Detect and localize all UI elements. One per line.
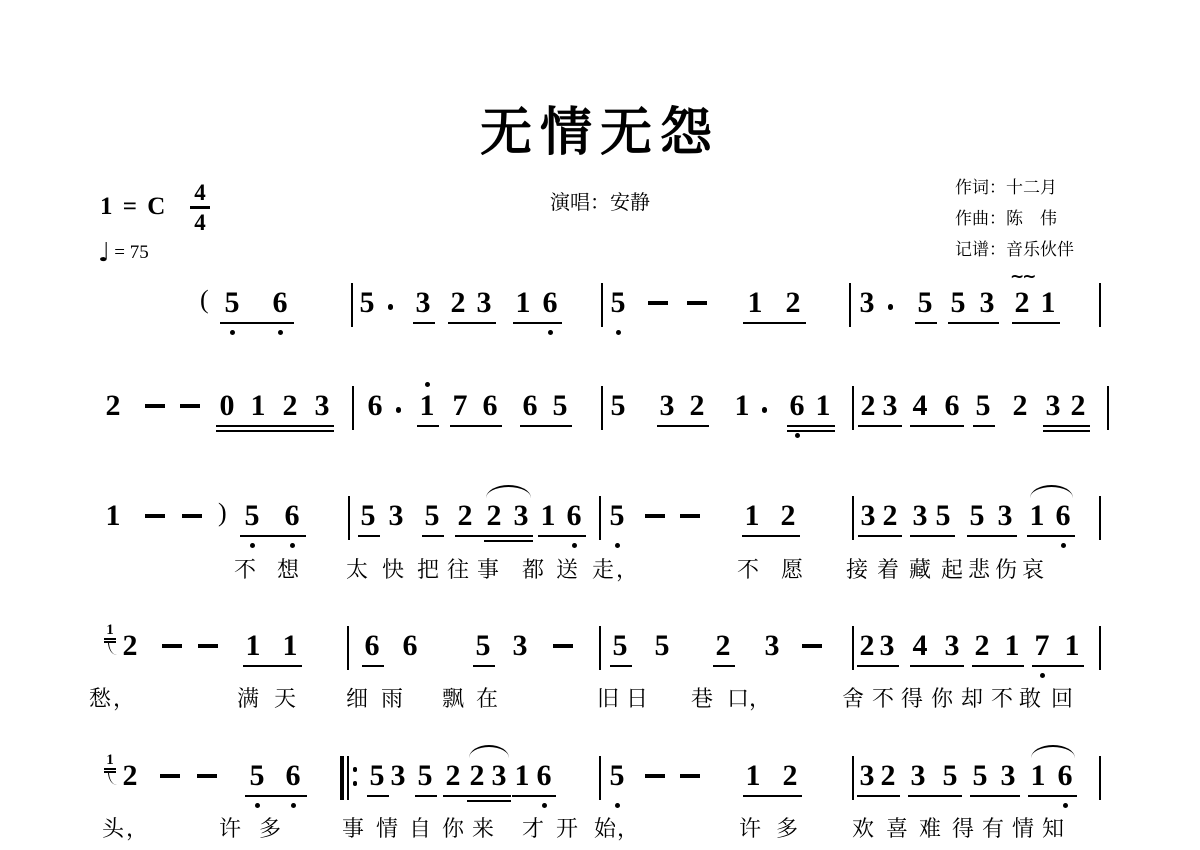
octave-low-dot bbox=[795, 433, 800, 438]
beam-line bbox=[743, 795, 802, 797]
lyric-char: 来 bbox=[466, 812, 500, 843]
note-digit: 5 bbox=[947, 288, 969, 318]
barline bbox=[347, 626, 349, 670]
note-digit: 2 bbox=[483, 501, 505, 531]
held-note-dash bbox=[198, 644, 218, 648]
beam-line bbox=[910, 665, 964, 667]
beam-line bbox=[216, 425, 334, 427]
beam-line bbox=[857, 795, 900, 797]
note-digit: 6 bbox=[563, 501, 585, 531]
augmentation-dot bbox=[388, 304, 394, 310]
note-digit: 6 bbox=[786, 391, 808, 421]
lyric-char: 多 bbox=[253, 812, 287, 843]
lyric-char: 许 bbox=[213, 812, 247, 843]
grace-beam-line bbox=[104, 638, 116, 640]
note-digit: 2 bbox=[454, 501, 476, 531]
note-digit: 2 bbox=[879, 501, 901, 531]
held-note-dash bbox=[162, 644, 182, 648]
beam-line bbox=[743, 322, 806, 324]
octave-low-dot bbox=[572, 543, 577, 548]
lyric-char: 得 bbox=[895, 682, 929, 713]
beam-line bbox=[216, 430, 334, 432]
lyric-char: 你 bbox=[436, 812, 470, 843]
note-digit: 3 bbox=[876, 631, 898, 661]
beam-line bbox=[413, 322, 435, 324]
beam-line bbox=[857, 665, 899, 667]
note-digit: 3 bbox=[510, 501, 532, 531]
note-digit: 2 bbox=[712, 631, 734, 661]
held-note-dash bbox=[145, 404, 165, 408]
beam-line bbox=[948, 322, 999, 324]
note-digit: 3 bbox=[656, 391, 678, 421]
parenthesis: ) bbox=[218, 498, 227, 528]
note-digit: 5 bbox=[969, 761, 991, 791]
barline bbox=[852, 626, 854, 670]
lyric-char: 巷 bbox=[685, 682, 719, 713]
beam-line bbox=[415, 795, 437, 797]
lyric-char: 知 bbox=[1036, 812, 1070, 843]
grace-beam-line bbox=[104, 768, 116, 770]
lyric-char: 不 bbox=[228, 553, 262, 584]
lyric-char: 太 bbox=[340, 553, 374, 584]
held-note-dash bbox=[145, 514, 165, 518]
beam-line bbox=[1043, 425, 1090, 427]
repeat-thin-bar bbox=[347, 756, 349, 800]
note-digit: 3 bbox=[856, 288, 878, 318]
octave-low-dot bbox=[615, 543, 620, 548]
lyric-char: 喜 bbox=[880, 812, 914, 843]
lyric-char: ， bbox=[611, 812, 645, 843]
lyric-char: 情 bbox=[370, 812, 404, 843]
note-digit: 2 bbox=[686, 391, 708, 421]
score: (565323165123553~~2120123617665532161234… bbox=[0, 0, 1200, 850]
barline bbox=[849, 283, 851, 327]
beam-line bbox=[422, 535, 444, 537]
note-digit: 0 bbox=[216, 391, 238, 421]
lyric-char: 愿 bbox=[775, 553, 809, 584]
note-digit: 3 bbox=[857, 501, 879, 531]
octave-low-dot bbox=[230, 330, 235, 335]
beam-line bbox=[473, 665, 495, 667]
note-digit: 5 bbox=[414, 761, 436, 791]
beam-line bbox=[520, 425, 572, 427]
beam-line bbox=[858, 535, 902, 537]
octave-low-dot bbox=[250, 543, 255, 548]
note-digit: 1 bbox=[742, 761, 764, 791]
beam-line bbox=[610, 665, 632, 667]
note-digit: 6 bbox=[539, 288, 561, 318]
note-digit: 5 bbox=[421, 501, 443, 531]
note-digit: 5 bbox=[651, 631, 673, 661]
barline bbox=[852, 496, 854, 540]
note-digit: 2 bbox=[1009, 391, 1031, 421]
beam-line bbox=[512, 795, 556, 797]
note-digit: 5 bbox=[939, 761, 961, 791]
note-digit: 3 bbox=[997, 761, 1019, 791]
note-digit: 3 bbox=[509, 631, 531, 661]
held-note-dash bbox=[182, 514, 202, 518]
lyric-char: 你 bbox=[925, 682, 959, 713]
beam-line bbox=[1032, 665, 1084, 667]
note-digit: 5 bbox=[549, 391, 571, 421]
octave-low-dot bbox=[1040, 673, 1045, 678]
lyric-char: 都 bbox=[516, 553, 550, 584]
lyric-char: 开 bbox=[550, 812, 584, 843]
note-digit: 6 bbox=[519, 391, 541, 421]
beam-line bbox=[742, 535, 800, 537]
note-digit: 2 bbox=[782, 288, 804, 318]
note-digit: 3 bbox=[976, 288, 998, 318]
lyric-char: 有 bbox=[976, 812, 1010, 843]
note-digit: 6 bbox=[269, 288, 291, 318]
note-digit: 3 bbox=[385, 501, 407, 531]
note-digit: 4 bbox=[909, 631, 931, 661]
lyric-char: 日 bbox=[620, 682, 654, 713]
octave-low-dot bbox=[1063, 803, 1068, 808]
note-digit: 5 bbox=[972, 391, 994, 421]
note-digit: 6 bbox=[941, 391, 963, 421]
note-digit: 2 bbox=[119, 631, 141, 661]
beam-line bbox=[240, 535, 306, 537]
note-digit: 5 bbox=[356, 288, 378, 318]
note-digit: 1 bbox=[812, 391, 834, 421]
lyric-char: 敢 bbox=[1013, 682, 1047, 713]
grace-hook bbox=[108, 772, 117, 785]
note-digit: 2 bbox=[1011, 288, 1033, 318]
note-digit: 6 bbox=[1052, 501, 1074, 531]
beam-line bbox=[455, 535, 533, 537]
repeat-dot bbox=[353, 781, 358, 786]
octave-low-dot bbox=[616, 330, 621, 335]
beam-line bbox=[910, 535, 955, 537]
note-digit: 5 bbox=[932, 501, 954, 531]
note-digit: 1 bbox=[242, 631, 264, 661]
grace-note-digit: 1 bbox=[104, 622, 116, 639]
barline bbox=[599, 756, 601, 800]
lyric-char: 在 bbox=[470, 682, 504, 713]
lyric-char: 想 bbox=[271, 553, 305, 584]
octave-low-dot bbox=[255, 803, 260, 808]
lyric-char: 事 bbox=[336, 812, 370, 843]
beam-line bbox=[1012, 322, 1060, 324]
slur-arc bbox=[486, 485, 531, 498]
beam-line bbox=[972, 665, 1024, 667]
note-digit: 5 bbox=[221, 288, 243, 318]
lyric-char: 送 bbox=[550, 553, 584, 584]
lyric-char: 多 bbox=[770, 812, 804, 843]
note-digit: 2 bbox=[442, 761, 464, 791]
beam-line bbox=[657, 425, 709, 427]
held-note-dash bbox=[648, 301, 668, 305]
repeat-dot bbox=[353, 767, 358, 772]
beam-line bbox=[220, 322, 294, 324]
beam-line bbox=[538, 535, 586, 537]
note-digit: 3 bbox=[994, 501, 1016, 531]
barline bbox=[1099, 626, 1101, 670]
lyric-char: 情 bbox=[1006, 812, 1040, 843]
note-digit: 1 bbox=[731, 391, 753, 421]
note-digit: 1 bbox=[511, 761, 533, 791]
augmentation-dot bbox=[762, 407, 768, 413]
note-digit: 2 bbox=[102, 391, 124, 421]
octave-low-dot bbox=[615, 803, 620, 808]
grace-note-digit: 1 bbox=[104, 752, 116, 769]
note-digit: 5 bbox=[607, 288, 629, 318]
grace-hook bbox=[108, 642, 117, 655]
note-digit: 7 bbox=[449, 391, 471, 421]
note-digit: 3 bbox=[488, 761, 510, 791]
barline bbox=[599, 496, 601, 540]
repeat-thick-bar bbox=[340, 756, 344, 800]
note-digit: 2 bbox=[279, 391, 301, 421]
note-digit: 5 bbox=[246, 761, 268, 791]
note-digit: 5 bbox=[472, 631, 494, 661]
note-digit: 5 bbox=[606, 761, 628, 791]
lyric-char: 藏 bbox=[903, 553, 937, 584]
lyric-char: 接 bbox=[840, 553, 874, 584]
held-note-dash bbox=[687, 301, 707, 305]
held-note-dash bbox=[645, 514, 665, 518]
slur-arc bbox=[469, 745, 509, 758]
note-digit: 5 bbox=[609, 631, 631, 661]
note-digit: 3 bbox=[879, 391, 901, 421]
barline bbox=[852, 386, 854, 430]
sheet-music-page: 无情无怨 演唱：安静 作词：十二月 作曲：陈 伟 记谱：音乐伙伴 1 = C 4… bbox=[0, 0, 1200, 850]
barline bbox=[601, 283, 603, 327]
note-digit: 2 bbox=[877, 761, 899, 791]
note-digit: 2 bbox=[971, 631, 993, 661]
lyric-char: 细 bbox=[340, 682, 374, 713]
barline bbox=[601, 386, 603, 430]
trill-mark: ~~ bbox=[1010, 267, 1035, 287]
note-digit: 1 bbox=[1061, 631, 1083, 661]
note-digit: 6 bbox=[479, 391, 501, 421]
note-digit: 2 bbox=[447, 288, 469, 318]
lyric-char: 满 bbox=[231, 682, 265, 713]
lyric-char: 欢 bbox=[846, 812, 880, 843]
octave-low-dot bbox=[548, 330, 553, 335]
lyric-char: 不 bbox=[731, 553, 765, 584]
note-digit: 3 bbox=[1042, 391, 1064, 421]
beam-line bbox=[448, 322, 496, 324]
barline bbox=[1099, 283, 1101, 327]
note-digit: 2 bbox=[466, 761, 488, 791]
note-digit: 1 bbox=[1001, 631, 1023, 661]
note-digit: 4 bbox=[909, 391, 931, 421]
note-digit: 6 bbox=[361, 631, 383, 661]
note-digit: 6 bbox=[399, 631, 421, 661]
note-digit: 6 bbox=[533, 761, 555, 791]
octave-low-dot bbox=[542, 803, 547, 808]
note-digit: 2 bbox=[857, 391, 879, 421]
octave-low-dot bbox=[291, 803, 296, 808]
note-digit: 1 bbox=[416, 391, 438, 421]
beam-line bbox=[450, 425, 502, 427]
beam-line bbox=[484, 540, 533, 542]
beam-line bbox=[513, 322, 562, 324]
beam-line bbox=[243, 665, 302, 667]
note-digit: 3 bbox=[856, 761, 878, 791]
octave-low-dot bbox=[290, 543, 295, 548]
note-digit: 1 bbox=[741, 501, 763, 531]
lyric-char: 回 bbox=[1045, 682, 1079, 713]
note-digit: 3 bbox=[473, 288, 495, 318]
lyric-char: 难 bbox=[913, 812, 947, 843]
held-note-dash bbox=[180, 404, 200, 408]
note-digit: 5 bbox=[606, 501, 628, 531]
lyric-char: 快 bbox=[376, 553, 410, 584]
beam-line bbox=[910, 425, 964, 427]
lyric-char: 得 bbox=[946, 812, 980, 843]
note-digit: 2 bbox=[856, 631, 878, 661]
lyric-char: 雨 bbox=[375, 682, 409, 713]
note-digit: 7 bbox=[1031, 631, 1053, 661]
held-note-dash bbox=[645, 774, 665, 778]
lyric-char: 许 bbox=[733, 812, 767, 843]
note-digit: 3 bbox=[311, 391, 333, 421]
beam-line bbox=[362, 665, 384, 667]
octave-low-dot bbox=[1061, 543, 1066, 548]
lyric-char: 却 bbox=[955, 682, 989, 713]
held-note-dash bbox=[802, 644, 822, 648]
barline bbox=[352, 386, 354, 430]
beam-line bbox=[1027, 535, 1075, 537]
octave-high-dot bbox=[425, 382, 430, 387]
note-digit: 1 bbox=[537, 501, 559, 531]
note-digit: 1 bbox=[744, 288, 766, 318]
lyric-char: 飘 bbox=[436, 682, 470, 713]
lyric-char: 才 bbox=[516, 812, 550, 843]
grace-note: 1 bbox=[104, 752, 118, 786]
lyric-char: ， bbox=[107, 682, 141, 713]
beam-line bbox=[367, 795, 389, 797]
note-digit: 2 bbox=[777, 501, 799, 531]
lyric-char: 把 bbox=[411, 553, 445, 584]
beam-line bbox=[967, 535, 1017, 537]
held-note-dash bbox=[680, 774, 700, 778]
held-note-dash bbox=[553, 644, 573, 648]
beam-line bbox=[245, 795, 307, 797]
note-digit: 1 bbox=[102, 501, 124, 531]
note-digit: 1 bbox=[279, 631, 301, 661]
note-digit: 5 bbox=[914, 288, 936, 318]
note-digit: 5 bbox=[357, 501, 379, 531]
note-digit: 6 bbox=[1054, 761, 1076, 791]
parenthesis: ( bbox=[200, 285, 209, 315]
augmentation-dot bbox=[396, 407, 402, 413]
note-digit: 1 bbox=[247, 391, 269, 421]
lyric-char: 舍 bbox=[836, 682, 870, 713]
note-digit: 6 bbox=[282, 761, 304, 791]
beam-line bbox=[787, 425, 835, 427]
beam-line bbox=[973, 425, 995, 427]
barline bbox=[348, 496, 350, 540]
beam-line bbox=[358, 535, 380, 537]
note-digit: 1 bbox=[512, 288, 534, 318]
note-digit: 2 bbox=[119, 761, 141, 791]
barline bbox=[1099, 496, 1101, 540]
lyric-char: 着 bbox=[871, 553, 905, 584]
note-digit: 6 bbox=[364, 391, 386, 421]
beam-line bbox=[443, 795, 511, 797]
note-digit: 2 bbox=[1067, 391, 1089, 421]
beam-line bbox=[1043, 430, 1090, 432]
beam-line bbox=[1028, 795, 1077, 797]
beam-line bbox=[417, 425, 439, 427]
beam-line bbox=[858, 425, 902, 427]
barline bbox=[599, 626, 601, 670]
grace-note: 1 bbox=[104, 622, 118, 656]
lyric-char: 自 bbox=[403, 812, 437, 843]
note-digit: 3 bbox=[387, 761, 409, 791]
slur-arc bbox=[1030, 485, 1073, 498]
repeat-start-sign bbox=[340, 756, 360, 800]
note-digit: 5 bbox=[366, 761, 388, 791]
held-note-dash bbox=[197, 774, 217, 778]
beam-line bbox=[908, 795, 962, 797]
lyric-char: ， bbox=[743, 682, 777, 713]
augmentation-dot bbox=[888, 304, 894, 310]
barline bbox=[1099, 756, 1101, 800]
note-digit: 1 bbox=[1026, 501, 1048, 531]
lyric-char: ， bbox=[120, 812, 154, 843]
beam-line bbox=[787, 430, 835, 432]
barline bbox=[852, 756, 854, 800]
note-digit: 3 bbox=[761, 631, 783, 661]
note-digit: 5 bbox=[607, 391, 629, 421]
beam-line bbox=[467, 800, 511, 802]
slur-arc bbox=[1031, 745, 1075, 758]
barline bbox=[1107, 386, 1109, 430]
held-note-dash bbox=[160, 774, 180, 778]
barline bbox=[351, 283, 353, 327]
note-digit: 3 bbox=[909, 501, 931, 531]
lyric-char: 哀 bbox=[1016, 553, 1050, 584]
lyric-char: 事 bbox=[471, 553, 505, 584]
held-note-dash bbox=[680, 514, 700, 518]
beam-line bbox=[970, 795, 1020, 797]
note-digit: 2 bbox=[779, 761, 801, 791]
note-digit: 6 bbox=[281, 501, 303, 531]
note-digit: 3 bbox=[941, 631, 963, 661]
lyric-char: 天 bbox=[268, 682, 302, 713]
lyric-char: 往 bbox=[441, 553, 475, 584]
lyric-char: ， bbox=[610, 553, 644, 584]
beam-line bbox=[713, 665, 735, 667]
note-digit: 1 bbox=[1037, 288, 1059, 318]
octave-low-dot bbox=[278, 330, 283, 335]
note-digit: 3 bbox=[907, 761, 929, 791]
beam-line bbox=[915, 322, 937, 324]
note-digit: 5 bbox=[966, 501, 988, 531]
note-digit: 5 bbox=[241, 501, 263, 531]
note-digit: 1 bbox=[1027, 761, 1049, 791]
note-digit: 3 bbox=[412, 288, 434, 318]
